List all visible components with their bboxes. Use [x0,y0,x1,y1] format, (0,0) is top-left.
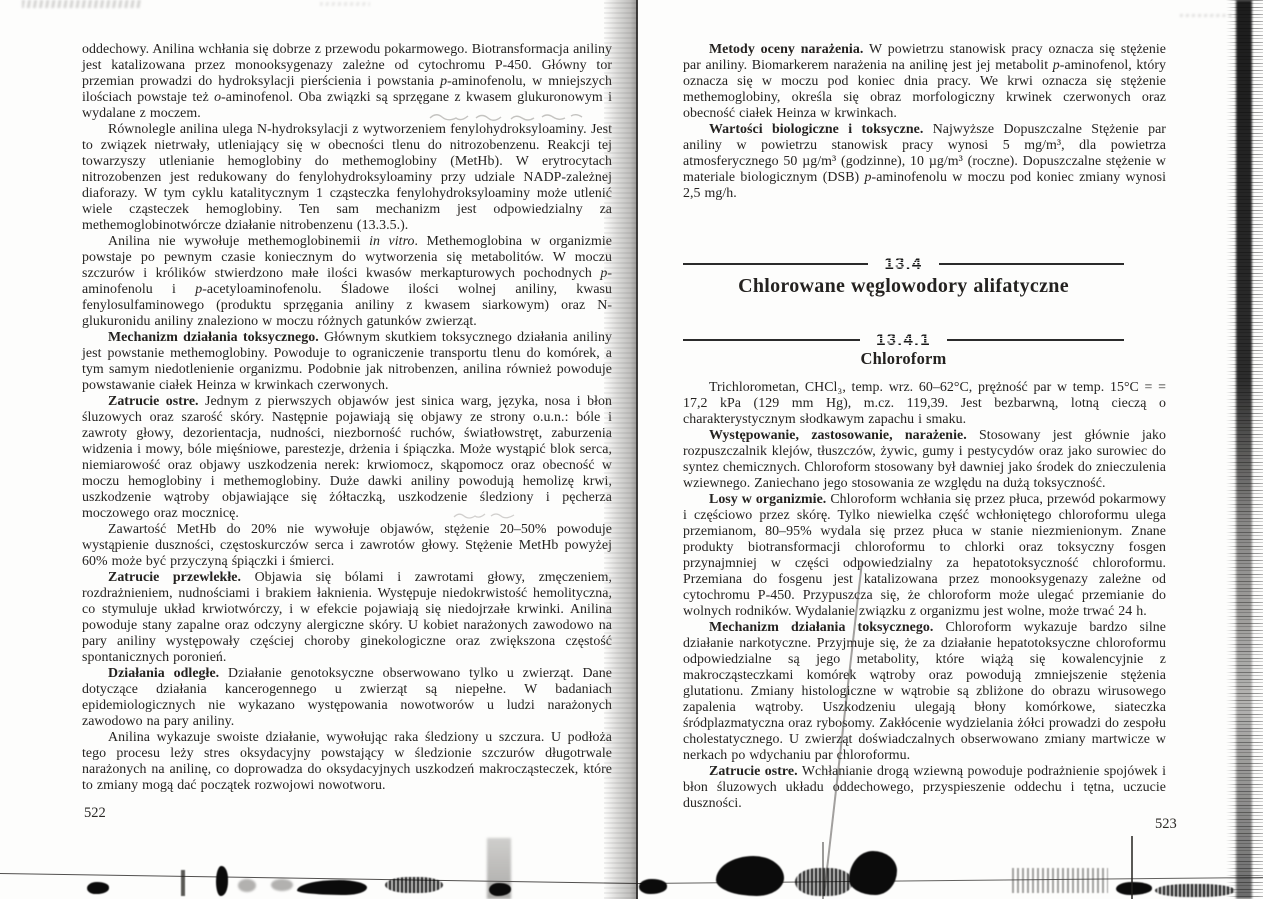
ink-smudge [1012,868,1108,893]
paragraph: Występowanie, zastosowanie, narażenie. S… [683,428,1166,492]
ink-smudge [849,851,897,895]
paragraph: Trichlorometan, CHCl₃, temp. wrz. 60–62°… [683,380,1166,428]
right-page-body-paragraphs: Trichlorometan, CHCl₃, temp. wrz. 60–62°… [683,380,1166,812]
paragraph: Anilina nie wywołuje methemoglobinemii i… [82,234,612,330]
paragraph: Zatrucie przewlekłe. Objawia się bólami … [82,570,612,666]
paragraph: oddechowy. Anilina wchłania się dobrze z… [82,42,612,122]
ink-smudge [639,879,667,894]
subsection-number: 13.4.1 [876,332,931,348]
ink-smudge [1155,884,1235,897]
subsection-heading-13-4-1: 13.4.1 Chloroform [683,332,1166,367]
ink-smudge [489,883,511,896]
ink-smudge [181,870,185,896]
ink-smudge [238,879,256,892]
paragraph: Zatrucie ostre. Wchłanianie drogą wziewn… [683,764,1166,812]
subsection-number-row: 13.4.1 [683,332,1124,348]
ink-smudge [385,877,443,893]
paragraph: Działania odległe. Działanie genotoksycz… [82,666,612,730]
scan-vertical-line [1131,836,1133,899]
scanned-book-spread: oddechowy. Anilina wchłania się dobrze z… [0,0,1263,899]
ink-smudge [716,856,784,896]
scan-top-smudge [320,2,370,6]
ink-smudge [795,868,853,896]
subsection-title: Chloroform [683,351,1124,367]
paragraph: Metody oceny narażenia. W powietrzu stan… [683,42,1166,122]
scan-top-smudge [22,0,142,8]
section-title: Chlorowane węglowodory alifatyczne [683,278,1124,294]
page-number-left: 522 [84,805,106,822]
right-page-text-column: Metody oceny narażenia. W powietrzu stan… [683,42,1166,812]
ink-smudge [271,879,293,891]
paragraph: Mechanizm działania toksycznego. Głównym… [82,330,612,394]
ink-smudge [216,866,228,896]
heading-rule-left [683,263,868,265]
paragraph: Zatrucie ostre. Jednym z pierwszych obja… [82,394,612,522]
ink-smudge [1116,882,1152,895]
scan-right-edge-band [1236,0,1252,899]
paragraph: Zawartość MetHb do 20% nie wywołuje obja… [82,522,612,570]
scan-streak [487,838,511,899]
section-number: 13.4 [884,256,922,272]
heading-rule-left [683,339,860,341]
ink-smudge [87,882,109,894]
section-heading-13-4: 13.4 Chlorowane węglowodory alifatyczne [683,256,1166,294]
left-page-text-column: oddechowy. Anilina wchłania się dobrze z… [82,42,612,794]
page-number-right: 523 [1155,816,1177,833]
paragraph: Anilina wykazuje swoiste działanie, wywo… [82,730,612,794]
page-bottom-edge [640,877,1263,884]
heading-rule-right [947,339,1124,341]
page-gutter-line [636,0,638,899]
scan-top-smudge [1180,14,1238,17]
paragraph: Losy w organizmie. Chloroform wchłania s… [683,492,1166,620]
section-number-row: 13.4 [683,256,1124,272]
paragraph: Mechanizm działania toksycznego. Chlorof… [683,620,1166,764]
ink-smudge [297,880,367,895]
paragraph: Wartości biologiczne i toksyczne. Najwyż… [683,122,1166,202]
scan-right-edge-streaks [1226,0,1263,899]
scan-vertical-line [822,842,824,899]
page-bottom-edge [0,873,646,885]
paragraph: Równolegle anilina ulega N-hydroksylacji… [82,122,612,234]
heading-rule-right [939,263,1124,265]
right-page-intro-paragraphs: Metody oceny narażenia. W powietrzu stan… [683,42,1166,202]
